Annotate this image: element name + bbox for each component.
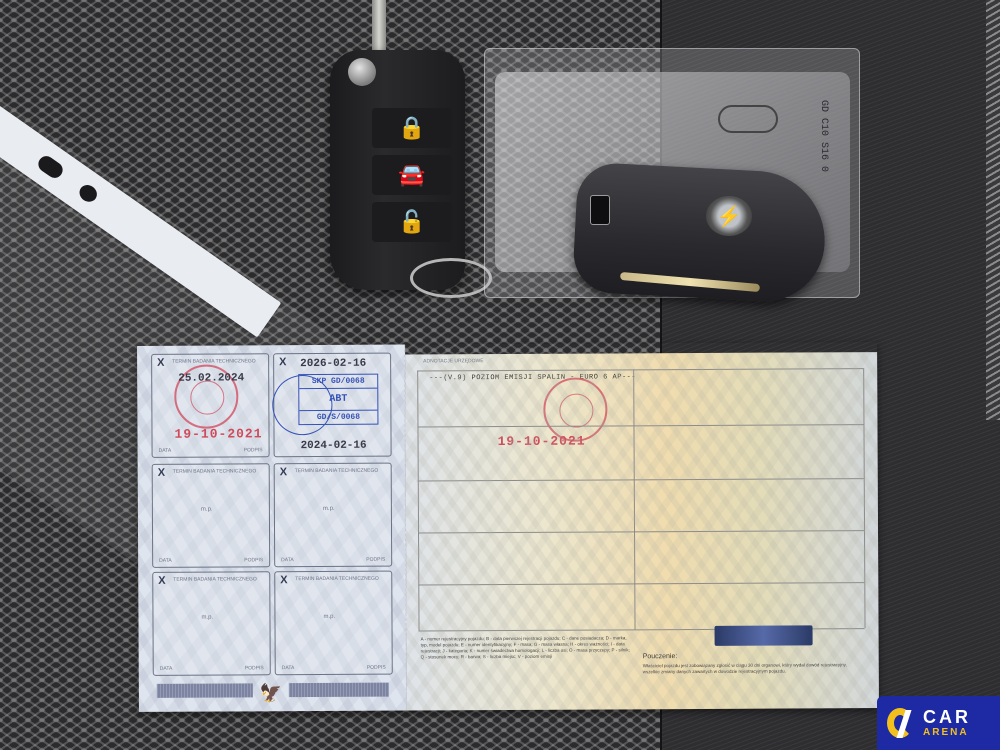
opel-logo-icon: ⚡: [706, 196, 752, 236]
security-band: [289, 683, 389, 698]
signature-label: PODPIS: [245, 665, 264, 671]
box-header: TERMIN BADANIA TECHNICZNEGO: [172, 358, 256, 364]
date-label: DATA: [159, 558, 172, 564]
watermark-text: CAR ARENA: [923, 708, 971, 738]
seat-edge-fabric: [986, 0, 1000, 420]
box-footer: DATAPODPIS: [281, 557, 385, 564]
signature-label: PODPIS: [367, 665, 386, 671]
inspection-box: X TERMIN BADANIA TECHNICZNEGO 25.02.2024…: [151, 353, 270, 458]
box-footer: DATAPODPIS: [160, 665, 264, 672]
rule-line: [417, 370, 419, 630]
signature-label: PODPIS: [366, 557, 385, 563]
box-footer: DATAPODPIS: [159, 557, 263, 564]
stamp-date: 25.02.2024: [178, 372, 244, 384]
x-mark: X: [280, 574, 287, 586]
inspection-page: X TERMIN BADANIA TECHNICZNEGO 25.02.2024…: [137, 345, 407, 712]
emission-annotation: ---(V.9) POZIOM EMISJI SPALIN - EURO 6 A…: [429, 373, 636, 382]
x-mark: X: [158, 575, 165, 587]
rule-line: [418, 530, 864, 533]
x-mark: X: [158, 467, 165, 479]
x-mark: X: [157, 357, 164, 369]
box-footer: DATAPODPIS: [282, 665, 386, 672]
car-trunk-icon: 🚘: [372, 155, 452, 195]
punch-hole: [76, 182, 100, 205]
date-label: DATA: [281, 557, 294, 563]
punch-hole: [35, 153, 65, 181]
official-red-stamp: [543, 377, 607, 441]
box-header: TERMIN BADANIA TECHNICZNEGO: [295, 468, 379, 474]
notice-text: Właściciel pojazdu jest zobowiązany zgło…: [643, 662, 853, 675]
rule-line: [417, 368, 863, 371]
key-blade: [372, 0, 386, 52]
notice-title: Pouczenie:: [643, 653, 678, 660]
seal-label: m.p.: [323, 614, 335, 620]
polish-eagle-emblem: 🦅: [257, 681, 285, 705]
key-slot: [590, 195, 610, 225]
date-label: DATA: [282, 665, 295, 671]
date-label: DATA: [160, 666, 173, 672]
inspection-box: X TERMIN BADANIA TECHNICZNEGO m.p. DATAP…: [274, 463, 393, 568]
seal-label: m.p.: [201, 507, 213, 513]
rule-line: [863, 368, 865, 628]
stamp-date: 19-10-2021: [174, 426, 262, 441]
annotations-page: ADNOTACJE URZĘDOWE ---(V.9) POZIOM EMISJ…: [405, 352, 879, 710]
stamp-date: 2024-02-16: [301, 440, 367, 452]
stamp-date: 2026-02-16: [300, 358, 366, 370]
unlock-icon: 🔓: [372, 202, 452, 242]
official-stamp-date: 19-10-2021: [498, 434, 586, 449]
brand-line-2: ARENA: [923, 728, 971, 738]
rule-line: [417, 424, 863, 427]
x-mark: X: [280, 466, 287, 478]
box-footer: DATA PODPIS: [159, 447, 263, 454]
box-header: TERMIN BADANIA TECHNICZNEGO: [295, 576, 379, 582]
key-ring: [410, 258, 492, 298]
inspection-box: X TERMIN BADANIA TECHNICZNEGO m.p. DATAP…: [274, 571, 393, 676]
rule-line: [418, 582, 864, 585]
rule-line: [418, 478, 864, 481]
seal-label: m.p.: [201, 615, 213, 621]
signature-label: PODPIS: [244, 447, 263, 453]
date-label: DATA: [159, 448, 172, 454]
security-band: [157, 683, 253, 698]
car-arena-watermark: CAR ARENA: [877, 696, 1000, 750]
hologram-strip: [715, 625, 813, 646]
lock-icon: 🔒: [372, 108, 452, 148]
x-mark: X: [279, 356, 286, 368]
registration-document: X TERMIN BADANIA TECHNICZNEGO 25.02.2024…: [137, 342, 879, 712]
rule-line: [633, 369, 635, 629]
key-release-button: [348, 58, 376, 86]
box-header: TERMIN BADANIA TECHNICZNEGO: [173, 576, 257, 582]
inspection-box: X TERMIN BADANIA TECHNICZNEGO m.p. DATAP…: [152, 571, 271, 676]
car-arena-logo-icon: [887, 708, 913, 738]
brand-line-1: CAR: [923, 708, 971, 726]
seal-label: m.p.: [323, 506, 335, 512]
box-header: TERMIN BADANIA TECHNICZNEGO: [173, 468, 257, 474]
section-header: ADNOTACJE URZĘDOWE: [423, 358, 483, 364]
inspection-box: X TERMIN BADANIA TECHNICZNEGO m.p. DATAP…: [152, 463, 271, 568]
signature-label: PODPIS: [244, 557, 263, 563]
legend-fine-print: A - numer rejestracyjny pojazdu; B - dat…: [421, 635, 633, 660]
card-illustration: [718, 105, 778, 133]
card-side-text: GD C10 S16 0: [818, 100, 829, 172]
